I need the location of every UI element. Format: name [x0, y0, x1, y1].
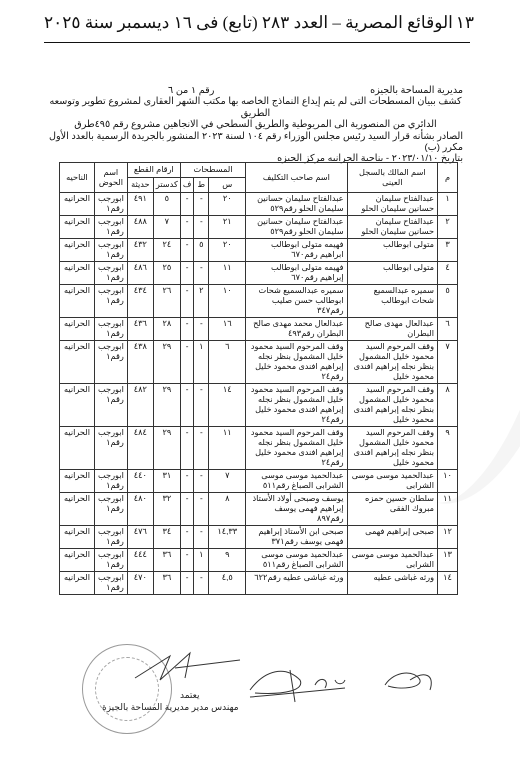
row-area-f: - — [180, 572, 194, 595]
row-owner: سلطان حسين حمزه مبروك الفقى — [347, 493, 437, 526]
row-village: الحرانيه — [60, 384, 95, 427]
row-area-f: - — [180, 341, 194, 384]
row-basin: ابورجب رقم١ — [95, 549, 128, 572]
row-plot-cadastre: ٢٤ — [153, 239, 180, 262]
row-basin: ابورجب رقم١ — [95, 493, 128, 526]
row-num: ٧ — [438, 341, 458, 384]
row-area-s: ٨ — [209, 493, 246, 526]
row-plot-new: ٤٧٠ — [127, 572, 153, 595]
approved-label: يعتمد — [180, 690, 200, 701]
header-areas: المسطحات — [180, 163, 245, 178]
table-row: ١٠عبدالحميد موسى موسى الشرابىعبدالحميد م… — [60, 470, 458, 493]
row-plot-cadastre: ٣٦ — [153, 572, 180, 595]
table-row: ٣متولى ابوطالبفهيمه متولى ابوطالب ابراهي… — [60, 239, 458, 262]
table-row: ٦عبدالعال مهدى صالح البطرانعبدالعال محمد… — [60, 318, 458, 341]
row-num: ٩ — [438, 427, 458, 470]
row-num: ١٤ — [438, 572, 458, 595]
row-num: ١١ — [438, 493, 458, 526]
row-area-t: - — [194, 526, 209, 549]
row-area-f: - — [180, 285, 194, 318]
row-area-t: - — [194, 216, 209, 239]
row-owner: عبدالفتاح سليمان حسانين سليمان الحلو — [347, 193, 437, 216]
row-village: الحرانيه — [60, 193, 95, 216]
row-area-s: ١٠ — [209, 285, 246, 318]
row-owner: عبدالفتاح سليمان حسانين سليمان الحلو — [347, 216, 437, 239]
table-row: ١٣عبدالحميد موسى موسى الشرابىعبدالحميد م… — [60, 549, 458, 572]
row-owner: سميره عبدالسميع شحات ابوطالب — [347, 285, 437, 318]
row-plot-cadastre: ٢٨ — [153, 318, 180, 341]
row-area-t: - — [194, 493, 209, 526]
row-owner: وقف المرحوم السيد محمود خليل المشمول بنظ… — [347, 427, 437, 470]
row-num: ٥ — [438, 285, 458, 318]
row-owner: متولى ابوطالب — [347, 239, 437, 262]
row-owner: وقف المرحوم السيد محمود خليل المشمول بنظ… — [347, 341, 437, 384]
row-village: الحرانيه — [60, 572, 95, 595]
row-plot-new: ٤٨٠ — [127, 493, 153, 526]
row-basin: ابورجب رقم١ — [95, 262, 128, 285]
row-num: ٣ — [438, 239, 458, 262]
signature-area: يعتمد مهندس مدير مديرية المساحة بالجيزة — [50, 640, 460, 750]
row-owner: عبدالحميد موسى موسى الشرابى — [347, 549, 437, 572]
row-village: الحرانيه — [60, 341, 95, 384]
row-plot-new: ٤٣٢ — [127, 239, 153, 262]
row-basin: ابورجب رقم١ — [95, 526, 128, 549]
table-row: ١٤ورثه غباشى عطيهورثه غباشى عطيه رقم٦٢٢٤… — [60, 572, 458, 595]
header-area-s: س — [209, 178, 246, 193]
table-row: ٤متولى ابوطالبفهيمه متولى ابوطالب إبراهي… — [60, 262, 458, 285]
row-basin: ابورجب رقم١ — [95, 470, 128, 493]
row-village: الحرانيه — [60, 239, 95, 262]
row-basin: ابورجب رقم١ — [95, 216, 128, 239]
row-num: ٤ — [438, 262, 458, 285]
intro-line-3: الصادر بشأنه قرار السيد رئيس مجلس الوزرا… — [48, 131, 463, 154]
header-plot-cadastre: كدستر — [153, 178, 180, 193]
table-row: ٩وقف المرحوم السيد محمود خليل المشمول بن… — [60, 427, 458, 470]
row-holder: عبدالفتاح سليمان حسانين سليمان الحلو رقم… — [246, 216, 347, 239]
row-holder: عبدالحميد موسى موسى الشرابى الصباغ رقم٥١… — [246, 470, 347, 493]
row-owner: ورثه غباشى عطيه — [347, 572, 437, 595]
approval-signature-icon — [130, 648, 250, 688]
intro-block: مديرية المساحة بالجيزه رقم ١ من ٦ كشف بب… — [48, 85, 463, 165]
row-area-t: ١ — [194, 341, 209, 384]
row-area-s: ٩ — [209, 549, 246, 572]
row-owner: عبدالحميد موسى موسى الشرابى — [347, 470, 437, 493]
row-area-s: ٢١ — [209, 216, 246, 239]
row-plot-cadastre: ٣٢ — [153, 493, 180, 526]
header-plot-new: حديثة — [127, 178, 153, 193]
row-area-f: - — [180, 526, 194, 549]
row-area-f: - — [180, 493, 194, 526]
row-area-t: - — [194, 262, 209, 285]
row-plot-new: ٤٨٤ — [127, 427, 153, 470]
row-plot-cadastre: ٢٩ — [153, 341, 180, 384]
row-holder: عبدالفتاح سليمان حسانين سليمان الحلو رقم… — [246, 193, 347, 216]
row-plot-new: ٤٣٤ — [127, 285, 153, 318]
row-plot-new: ٤٨٨ — [127, 216, 153, 239]
row-village: الحرانيه — [60, 262, 95, 285]
row-plot-cadastre: ٢٩ — [153, 427, 180, 470]
row-holder: فهيمه متولى ابوطالب إبراهيم رقم٦٧٠ — [246, 262, 347, 285]
row-area-s: ٢٠ — [209, 193, 246, 216]
row-basin: ابورجب رقم١ — [95, 318, 128, 341]
row-plot-cadastre: ٣٤ — [153, 526, 180, 549]
row-num: ١٢ — [438, 526, 458, 549]
row-area-s: ١٤,٣٣ — [209, 526, 246, 549]
row-basin: ابورجب رقم١ — [95, 239, 128, 262]
row-area-f: - — [180, 427, 194, 470]
row-basin: ابورجب رقم١ — [95, 384, 128, 427]
row-area-f: - — [180, 239, 194, 262]
row-village: الحرانيه — [60, 427, 95, 470]
row-holder: صبحى ابن الأستاذ إبراهيم فهمى يوسف رقم٣٧… — [246, 526, 347, 549]
row-holder: فهيمه متولى ابوطالب ابراهيم رقم٦٧٠ — [246, 239, 347, 262]
row-area-s: ٢٠ — [209, 239, 246, 262]
row-basin: ابورجب رقم١ — [95, 427, 128, 470]
row-area-t: - — [194, 384, 209, 427]
signatory-title: مهندس مدير مديرية المساحة بالجيزة — [102, 702, 239, 713]
row-plot-new: ٤٣٦ — [127, 318, 153, 341]
signature-2-icon — [380, 660, 440, 700]
gazette-title: الوقائع المصرية – العدد ٢٨٣ (تابع) فى ١٦… — [44, 13, 453, 33]
row-num: ٢ — [438, 216, 458, 239]
row-basin: ابورجب رقم١ — [95, 193, 128, 216]
row-village: الحرانيه — [60, 216, 95, 239]
row-basin: ابورجب رقم١ — [95, 572, 128, 595]
row-area-s: ١١ — [209, 262, 246, 285]
page-header: ١٣ الوقائع المصرية – العدد ٢٨٣ (تابع) فى… — [44, 8, 474, 38]
row-holder: عبدالعال محمد مهدى صالح البطران رقم٤٩٣ — [246, 318, 347, 341]
row-village: الحرانيه — [60, 318, 95, 341]
row-plot-new: ٤٨٦ — [127, 262, 153, 285]
row-holder: وقف المرحوم السيد محمود خليل المشمول بنظ… — [246, 384, 347, 427]
row-area-t: ٥ — [194, 239, 209, 262]
row-area-t: ١ — [194, 549, 209, 572]
row-area-t: - — [194, 318, 209, 341]
sheet-number: رقم ١ من ٦ — [168, 85, 214, 96]
row-area-t: - — [194, 572, 209, 595]
header-divider — [44, 42, 470, 43]
row-area-f: - — [180, 470, 194, 493]
row-holder: عبدالحميد موسى موسى الشرابى الصباغ رقم٥١… — [246, 549, 347, 572]
row-area-t: - — [194, 470, 209, 493]
signature-1-icon — [245, 660, 355, 705]
row-plot-new: ٤٨٢ — [127, 384, 153, 427]
row-area-f: - — [180, 262, 194, 285]
row-owner: عبدالعال مهدى صالح البطران — [347, 318, 437, 341]
row-holder: وقف المرحوم السيد محمود خليل المشمول بنظ… — [246, 427, 347, 470]
row-owner: متولى ابوطالب — [347, 262, 437, 285]
row-area-s: ٦ — [209, 341, 246, 384]
header-plots: ارقام القطع — [127, 163, 180, 178]
row-num: ١٣ — [438, 549, 458, 572]
row-area-s: ١٦ — [209, 318, 246, 341]
row-plot-cadastre: ٢٥ — [153, 262, 180, 285]
land-areas-table: م اسم المالك بالسجل العينى اسم صاحب التك… — [59, 162, 458, 595]
intro-line-2: الدائري من المنصورية الى المريوطية والطر… — [48, 119, 463, 130]
table-row: ١١سلطان حسين حمزه مبروك الفقىيوسف وصبحى … — [60, 493, 458, 526]
directorate-label: مديرية المساحة بالجيزه — [370, 85, 463, 96]
table-row: ١عبدالفتاح سليمان حسانين سليمان الحلوعبد… — [60, 193, 458, 216]
row-plot-new: ٤٣٨ — [127, 341, 153, 384]
row-area-s: ٤,٥ — [209, 572, 246, 595]
row-basin: ابورجب رقم١ — [95, 341, 128, 384]
table-row: ٢عبدالفتاح سليمان حسانين سليمان الحلوعبد… — [60, 216, 458, 239]
row-area-f: - — [180, 216, 194, 239]
row-area-t: ٢ — [194, 285, 209, 318]
row-plot-cadastre: ٣١ — [153, 470, 180, 493]
row-holder: سميره عبدالسميع شحات ابوطالب حسن صليب رق… — [246, 285, 347, 318]
row-village: الحرانيه — [60, 470, 95, 493]
row-holder: وقف المرحوم السيد محمود خليل المشمول بنظ… — [246, 341, 347, 384]
table-row: ٨وقف المرحوم السيد محمود خليل المشمول بن… — [60, 384, 458, 427]
row-num: ١٠ — [438, 470, 458, 493]
row-village: الحرانيه — [60, 285, 95, 318]
row-area-t: - — [194, 427, 209, 470]
row-area-f: - — [180, 318, 194, 341]
header-num: م — [438, 163, 458, 193]
row-area-t: - — [194, 193, 209, 216]
row-num: ٦ — [438, 318, 458, 341]
row-plot-new: ٤٧٦ — [127, 526, 153, 549]
intro-line-1: كشف ببيان المسطحات التى لم يتم إيداع الن… — [48, 96, 463, 119]
row-owner: وقف المرحوم السيد محمود خليل المشمول بنظ… — [347, 384, 437, 427]
row-area-f: - — [180, 384, 194, 427]
row-basin: ابورجب رقم١ — [95, 285, 128, 318]
header-village: الناحيه — [60, 163, 95, 193]
row-village: الحرانيه — [60, 526, 95, 549]
table-row: ٥سميره عبدالسميع شحات ابوطالبسميره عبدال… — [60, 285, 458, 318]
page-number: ١٣ — [456, 13, 474, 33]
row-area-s: ٧ — [209, 470, 246, 493]
row-plot-new: ٤٤٤ — [127, 549, 153, 572]
row-area-f: - — [180, 193, 194, 216]
table-row: ١٢صبحى إبراهيم فهمىصبحى ابن الأستاذ إبرا… — [60, 526, 458, 549]
row-plot-cadastre: ٧ — [153, 216, 180, 239]
row-plot-cadastre: ٣٦ — [153, 549, 180, 572]
row-num: ١ — [438, 193, 458, 216]
row-owner: صبحى إبراهيم فهمى — [347, 526, 437, 549]
header-owner: اسم المالك بالسجل العينى — [347, 163, 437, 193]
header-basin: اسم الحوض — [95, 163, 128, 193]
row-plot-new: ٤٩١ — [127, 193, 153, 216]
row-holder: يوسف وصبحى أولاد الأستاذ إبراهيم فهمى يو… — [246, 493, 347, 526]
row-area-s: ١١ — [209, 427, 246, 470]
row-plot-cadastre: ٥ — [153, 193, 180, 216]
header-area-f: ف — [180, 178, 194, 193]
header-area-t: ط — [194, 178, 209, 193]
row-area-s: ١٤ — [209, 384, 246, 427]
row-plot-cadastre: ٢٦ — [153, 285, 180, 318]
header-holder: اسم صاحب التكليف — [246, 163, 347, 193]
row-village: الحرانيه — [60, 493, 95, 526]
row-num: ٨ — [438, 384, 458, 427]
row-village: الحرانيه — [60, 549, 95, 572]
row-area-f: - — [180, 549, 194, 572]
table-row: ٧وقف المرحوم السيد محمود خليل المشمول بن… — [60, 341, 458, 384]
row-holder: ورثه غباشى عطيه رقم٦٢٢ — [246, 572, 347, 595]
row-plot-cadastre: ٢٩ — [153, 384, 180, 427]
row-plot-new: ٤٤٠ — [127, 470, 153, 493]
